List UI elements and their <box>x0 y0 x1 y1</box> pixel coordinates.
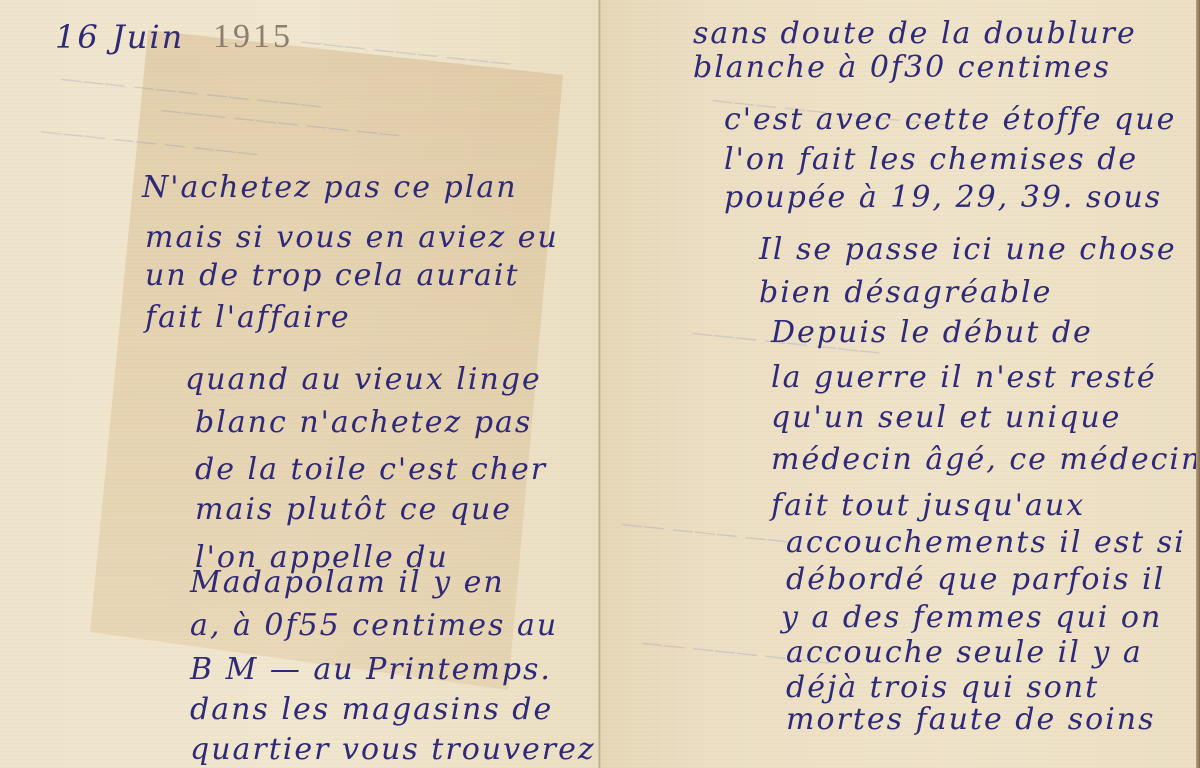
paper-edge <box>1196 0 1200 768</box>
date-day-month: 16 Juin <box>55 18 184 56</box>
text-line: de la toile c'est cher <box>195 452 547 487</box>
text-line: accouchements il est si <box>786 525 1186 560</box>
left-page: ——— ——— ——— ——— —— ——— ——— —— —— ——— ———… <box>0 0 600 768</box>
text-line: blanc n'achetez pas <box>195 405 532 440</box>
ink-bleed-through: —— ——— —— <box>620 511 790 553</box>
text-line: Madapolam il y en <box>190 565 505 600</box>
text-line: mais si vous en aviez eu <box>145 220 559 255</box>
text-line: c'est avec cette étoffe que <box>724 102 1176 137</box>
text-line: l'on fait les chemises de <box>724 142 1138 177</box>
text-line: déjà trois qui sont <box>786 670 1099 705</box>
text-line: poupée à 19, 29, 39. sous <box>724 180 1162 215</box>
text-line: quartier vous trouverez <box>190 732 596 767</box>
text-line: débordé que parfois il <box>786 562 1165 597</box>
text-line: quand au vieux linge <box>185 362 542 397</box>
text-line: Depuis le début de <box>771 315 1093 350</box>
text-line: bien désagréable <box>759 275 1052 310</box>
text-line: la guerre il n'est resté <box>771 360 1157 395</box>
text-line: a, à 0f55 centimes au <box>190 608 558 643</box>
text-line: médecin âgé, ce médecin <box>771 442 1197 477</box>
text-line: mortes faute de soins <box>786 702 1156 737</box>
text-line: sans doute de la doublure <box>693 16 1137 51</box>
text-line: B M — au Printemps. <box>190 652 552 687</box>
text-line: y a des femmes qui on <box>781 600 1162 635</box>
text-line: Il se passe ici une chose <box>759 232 1177 267</box>
right-page: —— ——— —— ——— ——— —— ——— —— ——— —— ——— —… <box>601 0 1197 768</box>
text-line: qu'un seul et unique <box>771 400 1121 435</box>
text-line: fait l'affaire <box>145 300 351 335</box>
text-line: un de trop cela aurait <box>145 258 520 293</box>
letter-spread: ——— ——— ——— ——— —— ——— ——— —— —— ——— ———… <box>0 0 1200 768</box>
date-year-pencil: 1915 <box>213 18 293 56</box>
text-line: mais plutôt ce que <box>195 492 512 527</box>
text-line: blanche à 0f30 centimes <box>693 50 1111 85</box>
text-line: N'achetez pas ce plan <box>142 170 518 205</box>
text-line: accouche seule il y a <box>786 635 1143 670</box>
text-line: fait tout jusqu'aux <box>771 488 1085 523</box>
text-line: dans les magasins de <box>190 692 553 727</box>
